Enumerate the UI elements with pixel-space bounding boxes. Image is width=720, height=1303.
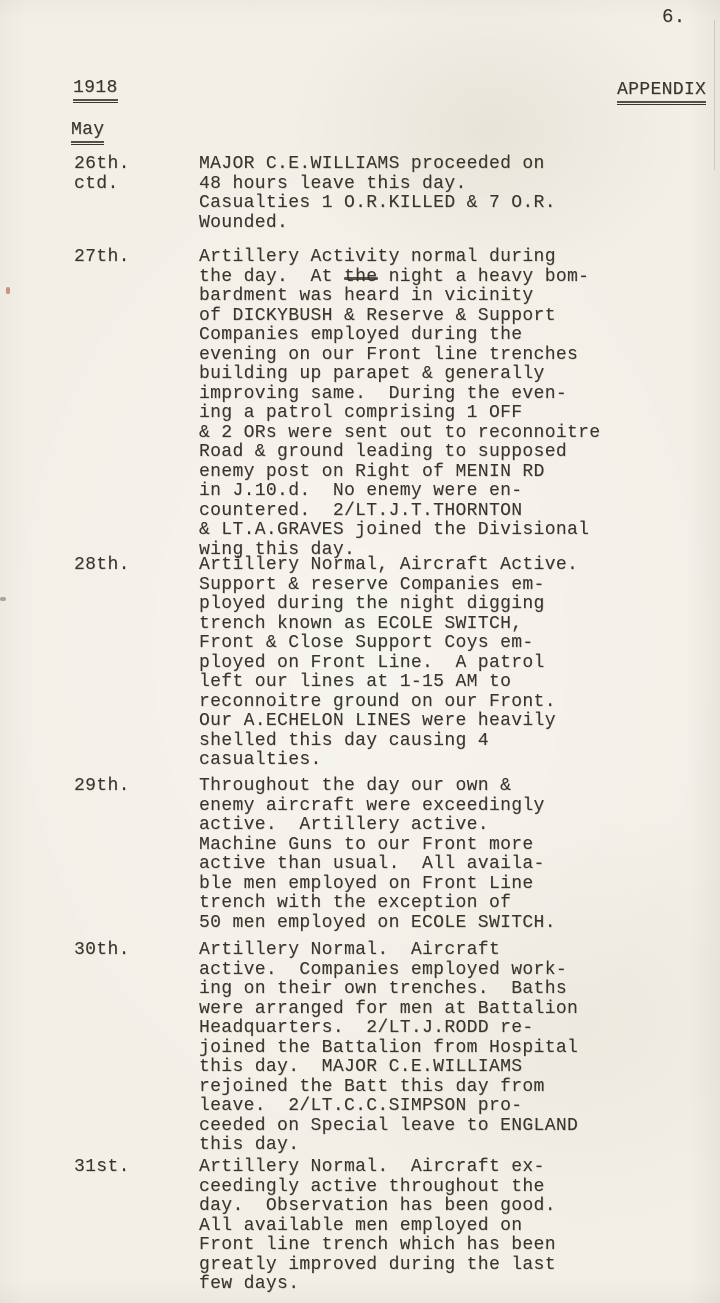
entry-body: Artillery Activity normal during the day… <box>199 248 643 560</box>
page-number: 6. <box>662 8 686 28</box>
appendix-heading-text: APPENDIX <box>617 80 706 100</box>
paper-red-speck <box>6 287 10 294</box>
entry-date: 28th. <box>74 556 184 576</box>
month-heading: May <box>71 120 104 145</box>
year-heading-text: 1918 <box>73 78 118 98</box>
entry-body: Artillery Normal. Aircraft active. Compa… <box>199 941 643 1156</box>
entry-date: 30th. <box>74 941 184 961</box>
document-page: 6. 1918 APPENDIX May 26th. ctd. MAJOR C.… <box>0 0 720 1303</box>
entry-date: 31st. <box>74 1158 184 1178</box>
entry-date: 27th. <box>74 248 184 268</box>
entry-date: 26th. ctd. <box>74 155 184 194</box>
strikethrough-mark <box>344 277 378 280</box>
entry-date: 29th. <box>74 777 184 797</box>
month-heading-text: May <box>71 120 104 140</box>
year-heading: 1918 <box>73 78 118 103</box>
entry-body: Artillery Normal. Aircraft ex- ceedingly… <box>199 1158 643 1295</box>
entry-body: Artillery Normal, Aircraft Active. Suppo… <box>199 556 643 771</box>
entry-body: MAJOR C.E.WILLIAMS proceeded on 48 hours… <box>199 155 643 233</box>
appendix-heading: APPENDIX <box>617 80 706 105</box>
entry-body: Throughout the day our own & enemy aircr… <box>199 777 643 933</box>
paper-dark-speck <box>0 597 6 601</box>
